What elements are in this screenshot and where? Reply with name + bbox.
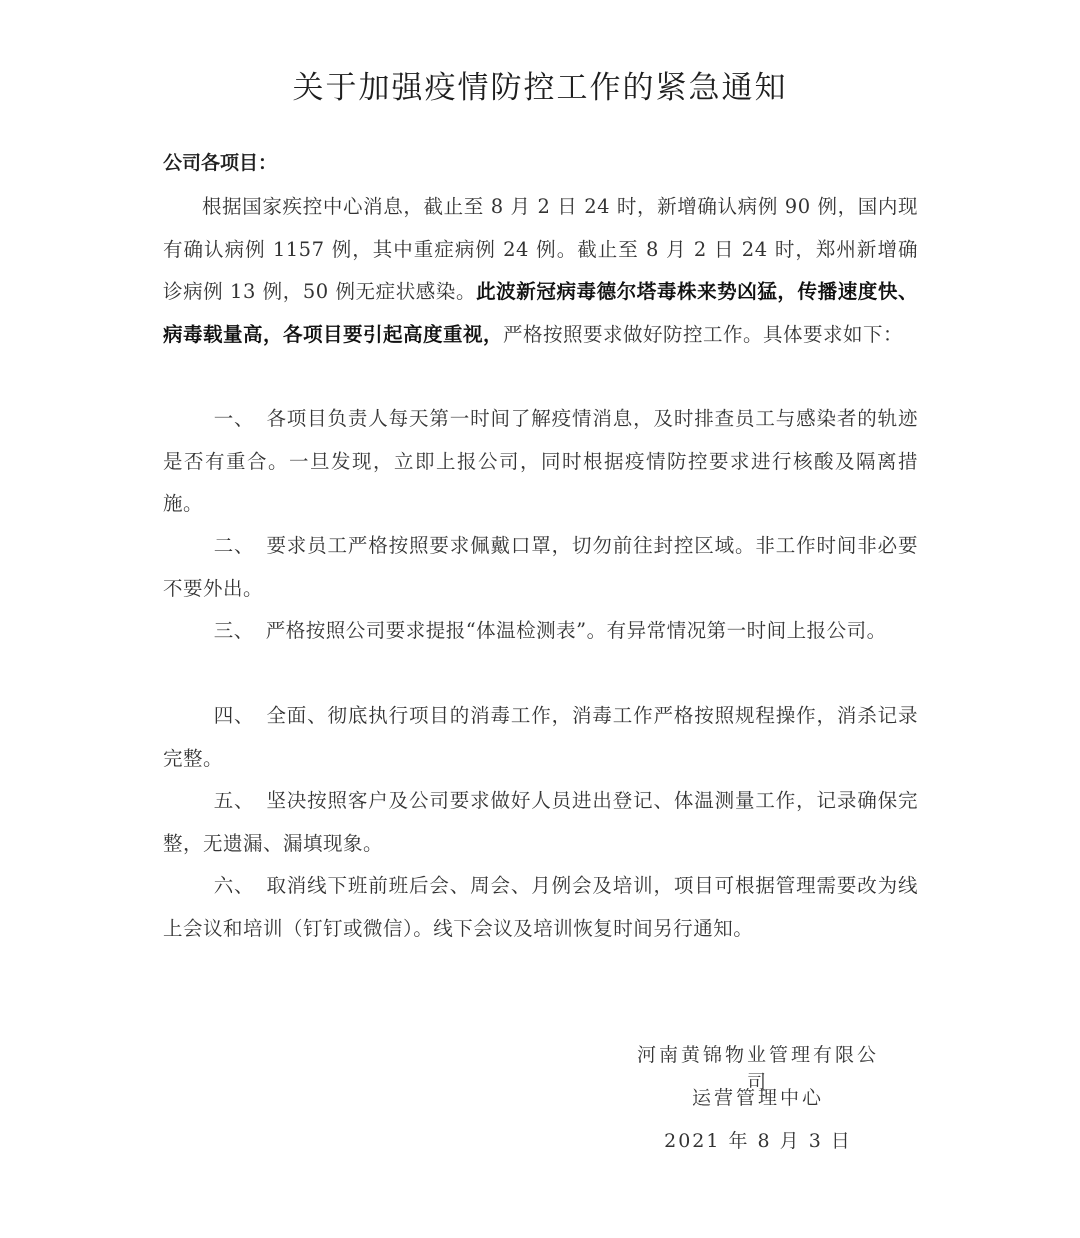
item-number: 三、 [214, 619, 254, 642]
signature-date: 2021 年 8 月 3 日 [628, 1126, 888, 1153]
requirement-item-1: 一、各项目负责人每天第一时间了解疫情消息，及时排查员工与感染者的轨迹是否有重合。… [163, 398, 918, 526]
item-number: 四、 [214, 704, 255, 727]
requirement-item-6: 六、取消线下班前班后会、周会、月例会及培训，项目可根据管理需要改为线上会议和培训… [163, 865, 918, 950]
item-text: 要求员工严格按照要求佩戴口罩，切勿前往封控区域。非工作时间非必要不要外出。 [163, 534, 918, 600]
document-title: 关于加强疫情防控工作的紧急通知 [0, 62, 1080, 107]
item-text: 严格按照公司要求提报“体温检测表”。有异常情况第一时间上报公司。 [266, 619, 887, 642]
item-text: 取消线下班前班后会、周会、月例会及培训，项目可根据管理需要改为线上会议和培训（钉… [163, 874, 918, 940]
intro-text-2: 严格按照要求做好防控工作。具体要求如下： [503, 323, 903, 346]
requirement-item-4: 四、全面、彻底执行项目的消毒工作，消毒工作严格按照规程操作，消杀记录完整。 [163, 695, 918, 780]
requirement-item-3: 三、严格按照公司要求提报“体温检测表”。有异常情况第一时间上报公司。 [163, 610, 918, 653]
item-text: 坚决按照客户及公司要求做好人员进出登记、体温测量工作，记录确保完整，无遗漏、漏填… [163, 789, 918, 855]
notice-document: 关于加强疫情防控工作的紧急通知 公司各项目： 根据国家疾控中心消息，截止至 8 … [0, 0, 1080, 1238]
salutation: 公司各项目： [163, 148, 277, 175]
item-number: 六、 [214, 874, 255, 897]
requirement-item-2: 二、要求员工严格按照要求佩戴口罩，切勿前往封控区域。非工作时间非必要不要外出。 [163, 525, 918, 610]
item-number: 五、 [214, 789, 255, 812]
requirement-item-5: 五、坚决按照客户及公司要求做好人员进出登记、体温测量工作，记录确保完整，无遗漏、… [163, 780, 918, 865]
signature-department: 运营管理中心 [628, 1083, 888, 1110]
intro-paragraph: 根据国家疾控中心消息，截止至 8 月 2 日 24 时，新增确认病例 90 例，… [163, 186, 918, 356]
item-text: 全面、彻底执行项目的消毒工作，消毒工作严格按照规程操作，消杀记录完整。 [163, 704, 918, 770]
item-text: 各项目负责人每天第一时间了解疫情消息，及时排查员工与感染者的轨迹是否有重合。一旦… [163, 407, 918, 515]
item-number: 一、 [214, 407, 255, 430]
item-number: 二、 [214, 534, 255, 557]
